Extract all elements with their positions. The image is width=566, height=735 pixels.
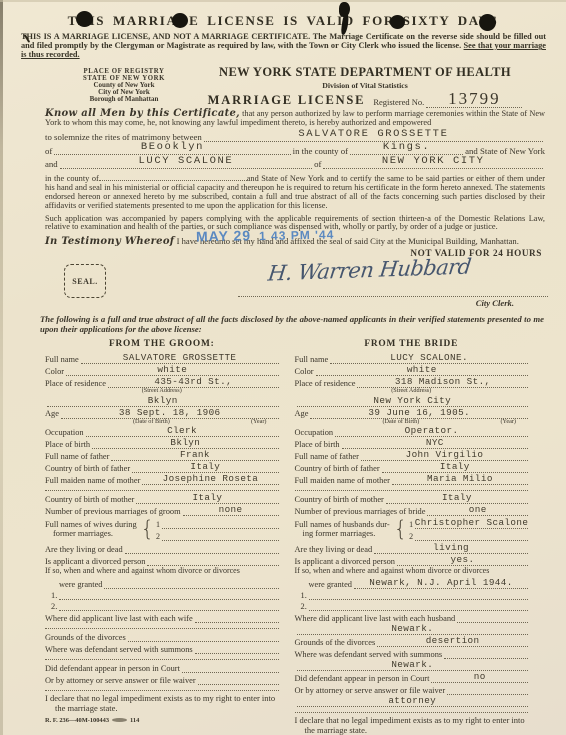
wrapped-field-label: If so, when and where and against whom d… [295,566,529,577]
abstract-intro: The following is a full and true abstrac… [40,315,544,334]
dotted-rule [45,654,279,660]
brace-label-line: former marriages. [45,529,137,538]
field-value: desertion [426,635,480,646]
license-fill-lines: to solemnize the rites of matrimony betw… [45,128,545,169]
form-field-row: Did defendant appear in person in Court [45,661,279,673]
field-label: Are they living or dead [45,546,123,554]
groom-city-line: BEooklyn [54,142,290,155]
license-title-line: MARRIAGE LICENSE Registered No. 13799 [190,93,540,108]
field-label: Full maiden name of mother [295,477,390,485]
form-field-row: Place of birthBklyn [45,437,279,449]
field-label: Place of residence [45,380,106,388]
field-value: New York City [373,395,451,406]
field-value: Italy [190,461,220,472]
form-extra-number: 114 [130,717,139,724]
brace-item-row: 1Christopher Scalone [409,517,528,529]
county-paragraph: in the county ofand State of New York an… [45,173,545,211]
abstract-columns: FROM THE GROOM:Full nameSALVATORE GROSSE… [45,339,528,735]
field-line: white [66,365,278,376]
scan-edge-left [0,0,3,735]
field-line [195,612,279,623]
field-value: NYC [426,437,444,448]
field-value: Newark. [391,623,433,634]
field-label: were granted [309,581,352,589]
continuation-row: attorney [295,695,529,707]
field-value: Clerk [167,425,197,436]
hole-punch [76,11,93,27]
date-of-birth-sublabel: (Date of Birth) [133,418,170,425]
field-label: Grounds of the divorces [295,639,376,647]
city-clerk-title: City Clerk. [476,298,514,308]
form-field-row: Is applicant a divorced person [45,554,279,566]
form-field-row: Or by attorney or serve answer or file w… [295,683,529,695]
field-label: Full name [295,356,329,364]
field-line [128,631,279,642]
field-value: Italy [192,492,222,503]
field-value: Newark. [391,659,433,670]
field-value: attorney [388,695,436,706]
bride-city-line: NEW YORK CITY [323,156,543,169]
field-label: Country of birth of mother [295,496,384,504]
form-field-row: Colorwhite [45,364,279,376]
numbered-blank-row: 2. [45,600,279,611]
field-value: none [219,504,243,515]
form-field-row: Full maiden name of motherJosephine Rose… [45,473,279,485]
field-value: Italy [442,492,472,503]
field-label: Or by attorney or serve answer or file w… [45,677,196,685]
field-line [444,648,528,659]
dotted-rule [45,485,279,491]
form-field-row: Where was defendant served with summons [295,647,529,659]
form-field-row: Are they living or deadliving [295,542,529,554]
field-label: Full name [45,356,79,364]
field-value: 318 Madison St., [395,376,491,387]
stamp-date: MAY 29 [196,227,251,244]
field-line [147,555,278,566]
form-field-row: Where was defendant served with summons [45,642,279,654]
field-label: Or by attorney or serve answer or file w… [295,687,446,695]
of-label-2: of [314,160,321,169]
field-label: Did defendant appear in person in Court [45,665,180,673]
brace-label-line: Full names of husbands dur- [295,520,390,529]
registry-line: PLACE OF REGISTRY [58,68,190,75]
department-title: NEW YORK STATE DEPARTMENT OF HEALTH [190,65,540,80]
field-label: Full name of father [45,453,109,461]
field-line: no [431,672,528,683]
brace-labels: Full names of wives duringformer marriag… [45,520,137,538]
field-label: Grounds of the divorces [45,634,126,642]
field-label: Where was defendant served with summons [45,646,193,654]
brace-field-row: Full names of husbands dur-ing former ma… [295,516,529,542]
brace-item-number: 2 [409,532,413,541]
brace-glyph: { [394,517,407,541]
field-line: Italy [136,493,278,504]
field-value: Maria Milio [427,473,493,484]
wrapped-field-row: were grantedNewark, N.J. April 1944. [295,577,529,589]
form-field-row: Country of birth of fatherItaly [295,461,529,473]
form-field-row: Country of birth of fatherItaly [45,461,279,473]
field-label: Full name of father [295,453,359,461]
form-field-row: Or by attorney or serve answer or file w… [45,673,279,685]
field-line: Clerk [86,426,279,437]
brace-item-row: 2 [409,529,528,541]
declaration-text: I declare that no legal impediment exist… [45,694,279,713]
field-line: Josephine Roseta [142,474,278,485]
brace-field-row: Full names of wives duringformer marriag… [45,516,279,542]
bride-name-value: LUCY SCALONE [139,155,234,167]
registered-no-line: 13799 [426,93,522,108]
brace-item-number: 1 [156,520,160,529]
field-label: Age [45,410,59,418]
field-line: 435-43rd St., [108,377,279,388]
field-value: 38 Sept. 18, 1906 [119,407,221,418]
field-label: Full maiden name of mother [45,477,140,485]
street-address-sublabel: (Street Address) [142,387,182,394]
field-label: Are they living or dead [295,546,373,554]
groom-name-line: SALVATORE GROSSETTE [204,129,543,142]
date-of-birth-sublabel: (Date of Birth) [383,418,420,425]
field-label: Country of birth of father [45,465,130,473]
header-block: PLACE OF REGISTRY STATE OF NEW YORK Coun… [58,65,540,108]
field-label: Country of birth of father [295,465,380,473]
field-label: Where did applicant live last with each … [45,615,193,623]
testimony-lead: In Testimony Whereof [45,236,174,247]
stamp-time: 1 43 PM '44 [259,228,335,244]
field-line [162,530,278,541]
bride-name-line: LUCY SCALONE [60,156,312,169]
field-line: white [316,365,528,376]
row-number: 1. [301,591,307,600]
declaration-text: I declare that no legal impediment exist… [295,716,529,735]
field-line [125,543,279,554]
registered-number: 13799 [448,89,501,109]
field-value: Bklyn [148,395,178,406]
form-field-row: Grounds of the divorcesdesertion [295,635,529,647]
field-line: Newark, N.J. April 1944. [354,578,528,589]
bride-residence-line: and LUCY SCALONE of NEW YORK CITY [45,155,545,169]
field-line: one [427,505,528,516]
continuation-row: Newark. [295,659,529,671]
hole-punch [390,15,405,29]
field-label: Place of birth [295,441,340,449]
license-title: MARRIAGE LICENSE [208,93,366,108]
dotted-rule [45,623,279,629]
field-label: Color [45,368,64,376]
brace-item-row: 1 [156,517,278,529]
brace-label-line: ing former marriages. [295,529,390,538]
field-label: Color [295,368,314,376]
form-number: R. F. 236—40M-100443 [45,717,109,724]
form-field-row: Number of previous marriages of brideone [295,504,529,516]
form-field-row: Are they living or dead [45,542,279,554]
form-field-row: Grounds of the divorces [45,630,279,642]
field-value: Bklyn [170,437,200,448]
field-label: Did defendant appear in person in Court [295,675,430,683]
field-value: one [469,504,487,515]
field-value: SALVATORE GROSSETTE [123,352,237,363]
field-label: Number of previous marriages of groom [45,508,181,516]
numbered-blank-row: 2. [295,600,529,611]
brace-items: 12 [156,517,278,541]
matrimony-between-line: to solemnize the rites of matrimony betw… [45,128,545,142]
notice-lead: THIS IS A MARRIAGE LICENSE, AND NOT A MA… [21,32,310,41]
field-line [309,589,528,600]
marriage-license-document: THIS MARRIAGE LICENSE IS VALID FOR SIXTY… [0,0,566,735]
numbered-blank-row: 1. [45,589,279,600]
field-line: NYC [342,438,528,449]
field-value: Christopher Scalone [415,517,529,528]
field-value: Frank [180,449,210,460]
wrapped-field-row: were granted [45,577,279,589]
brace-item-number: 2 [156,532,160,541]
field-line: 318 Madison St., [357,377,528,388]
field-label: Occupation [295,429,334,437]
field-value: white [407,364,437,375]
field-line [162,518,278,529]
groom-county-value: Kings. [383,141,430,153]
field-line: LUCY SCALONE. [330,353,528,364]
field-line: SALVATORE GROSSETTE [81,353,279,364]
row-number: 1. [51,591,57,600]
city-clerk-signature: H. Warren Hubbard [267,255,473,286]
field-line [104,578,278,589]
know-all-paragraph: Know all Men by this Certificate, that a… [45,110,545,128]
form-field-row: Did defendant appear in person in Courtn… [295,671,529,683]
field-line: Bklyn [47,396,279,407]
form-field-row: Number of previous marriages of groomnon… [45,504,279,516]
continuation-row: New York City [295,395,529,407]
row-number: 2. [51,602,57,611]
field-value: Newark, N.J. April 1944. [369,577,513,588]
form-field-row: Full name of fatherFrank [45,449,279,461]
field-value: living [433,542,469,553]
field-line: John Virgilio [361,450,528,461]
field-line: Operator. [335,426,528,437]
year-sublabel: (Year) [251,418,267,425]
field-label: Where was defendant served with summons [295,651,443,659]
field-value: Operator. [405,425,459,436]
brace-label-line: Full names of wives during [45,520,137,529]
field-line: Christopher Scalone [415,518,528,529]
form-field-row: Full maiden name of motherMaria Milio [295,473,529,485]
field-line: Italy [386,493,528,504]
field-line [447,684,528,695]
form-field-row: Country of birth of motherItaly [45,492,279,504]
row-number: 2. [301,602,307,611]
field-line: Maria Milio [392,474,528,485]
date-received-stamp: MAY 29 1 43 PM '44 [196,226,335,245]
groom-name-value: SALVATORE GROSSETTE [298,128,448,140]
field-line: living [374,543,528,554]
field-label: Place of birth [45,441,90,449]
field-line: none [183,505,279,516]
field-line [457,612,528,623]
field-line: yes. [397,555,528,566]
signature-area: SEAL. H. Warren Hubbard City Clerk. [0,258,566,313]
field-line [309,600,528,611]
field-value: white [157,364,187,375]
field-label: Is applicant a divorced person [295,558,395,566]
field-label: Place of residence [295,380,356,388]
form-field-row: Is applicant a divorced personyes. [295,554,529,566]
column-heading: FROM THE GROOM: [45,339,279,352]
groom-city-value: BEooklyn [141,141,204,153]
hole-punch [479,14,496,31]
county-label: in the county of [293,147,348,156]
of-label: of [45,147,52,156]
field-line: desertion [377,636,528,647]
form-field-row: OccupationClerk [45,425,279,437]
dotted-rule [295,707,529,713]
form-field-row: Full nameLUCY SCALONE. [295,352,529,364]
wrapped-field-label: If so, when and where and against whom d… [45,566,279,577]
dotted-rule [295,485,529,491]
department-block: NEW YORK STATE DEPARTMENT OF HEALTH Divi… [190,65,540,108]
field-subrow: (Date of Birth)(Year) [45,419,279,426]
signature-line [238,296,548,297]
brace-item-number: 1 [409,520,413,529]
form-ornament [112,718,127,722]
field-label: Is applicant a divorced person [45,558,145,566]
field-value: Josephine Roseta [163,473,259,484]
field-value: no [474,671,486,682]
field-label: Occupation [45,429,84,437]
field-label: Country of birth of mother [45,496,134,504]
field-line: attorney [297,696,529,707]
form-field-row: Where did applicant live last with each … [295,611,529,623]
year-sublabel: (Year) [500,418,516,425]
field-line [59,589,278,600]
field-line: Newark. [297,624,529,635]
continuation-row: Bklyn [45,395,279,407]
form-number-row: R. F. 236—40M-100443114 [45,717,279,724]
form-field-row: OccupationOperator. [295,425,529,437]
field-label: were granted [59,581,102,589]
bride-column: FROM THE BRIDEFull nameLUCY SCALONE.Colo… [295,339,529,735]
field-value: 39 June 16, 1905. [368,407,470,418]
and-label: and [45,160,58,169]
registry-line: Borough of Manhattan [58,96,190,103]
form-field-row: Full nameSALVATORE GROSSETTE [45,352,279,364]
field-line: Frank [111,450,278,461]
field-line: New York City [297,396,529,407]
scan-edge-top [0,0,566,2]
dotted-rule [45,685,279,691]
field-line [182,662,279,673]
blank-county-line [99,173,247,181]
groom-county-line: Kings. [350,142,463,155]
form-field-row: Place of birthNYC [295,437,529,449]
field-line: Italy [382,462,528,473]
groom-column: FROM THE GROOM:Full nameSALVATORE GROSSE… [45,339,279,735]
registered-no-label: Registered No. [373,97,424,107]
numbered-blank-row: 1. [295,589,529,600]
brace-item-row: 2 [156,529,278,541]
field-label: Number of previous marriages of bride [295,508,426,516]
field-line: Italy [132,462,278,473]
form-field-row: Colorwhite [295,364,529,376]
field-value: Italy [440,461,470,472]
street-address-sublabel: (Street Address) [391,387,431,394]
field-line [59,600,278,611]
notice-paragraph: THIS IS A MARRIAGE LICENSE, AND NOT A MA… [21,32,546,60]
hole-punch [172,13,188,28]
field-value: John Virgilio [406,449,484,460]
brace-labels: Full names of husbands dur-ing former ma… [295,520,390,538]
groom-residence-line: of BEooklyn in the county of Kings. and … [45,142,545,156]
county-para-lead: in the county of [45,174,99,183]
field-value: 435-43rd St., [154,376,232,387]
form-field-row: Where did applicant live last with each … [45,611,279,623]
form-field-row: Full name of fatherJohn Virgilio [295,449,529,461]
field-line [415,530,528,541]
field-line: Newark. [297,660,529,671]
continuation-row: Newark. [295,623,529,635]
place-of-registry: PLACE OF REGISTRY STATE OF NEW YORK Coun… [58,65,190,108]
field-label: Where did applicant live last with each … [295,615,456,623]
brace-items: 1Christopher Scalone2 [409,517,528,541]
field-line: Bklyn [92,438,278,449]
field-label: Age [295,410,309,418]
field-value: yes. [451,554,475,565]
field-line [198,674,279,685]
seal-box: SEAL. [64,264,106,298]
field-line [195,643,279,654]
bride-city-value: NEW YORK CITY [382,155,485,167]
column-heading: FROM THE BRIDE [295,339,529,352]
field-value: LUCY SCALONE. [390,352,468,363]
brace-glyph: { [141,517,154,541]
form-field-row: Country of birth of motherItaly [295,492,529,504]
